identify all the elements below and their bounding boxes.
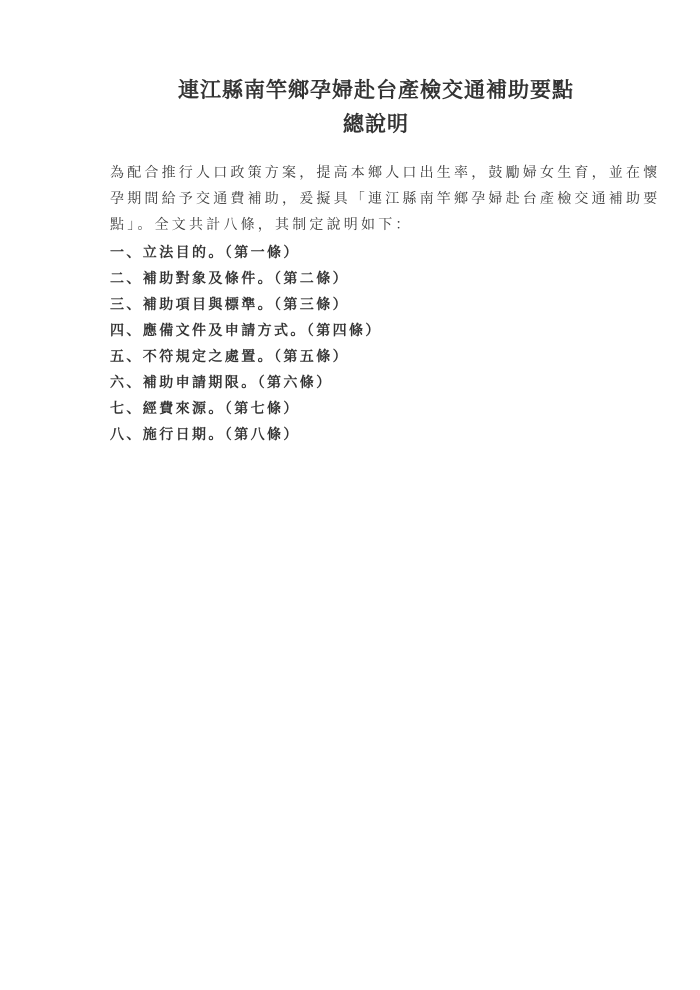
article-item-5: 五、不符規定之處置。（第五條） [110, 344, 382, 370]
article-item-6: 六、補助申請期限。（第六條） [110, 370, 382, 396]
article-item-2: 二、補助對象及條件。（第二條） [110, 266, 382, 292]
article-item-4: 四、應備文件及申請方式。（第四條） [110, 318, 382, 344]
document-page: 連江縣南竿鄉孕婦赴台產檢交通補助要點 總說明 為配合推行人口政策方案，提高本鄉人… [0, 0, 700, 990]
article-item-1: 一、立法目的。（第一條） [110, 240, 382, 266]
intro-paragraph: 為配合推行人口政策方案，提高本鄉人口出生率，鼓勵婦女生育，並在懷 孕期間給予交通… [110, 160, 640, 238]
article-item-3: 三、補助項目與標準。（第三條） [110, 292, 382, 318]
article-list: 一、立法目的。（第一條） 二、補助對象及條件。（第二條） 三、補助項目與標準。（… [110, 240, 382, 448]
document-subtitle: 總說明 [26, 108, 700, 138]
intro-line: 點」。全文共計八條，其制定說明如下： [110, 212, 640, 238]
intro-line: 為配合推行人口政策方案，提高本鄉人口出生率，鼓勵婦女生育，並在懷 [110, 160, 640, 186]
article-item-7: 七、經費來源。（第七條） [110, 396, 382, 422]
intro-line: 孕期間給予交通費補助，爰擬具「連江縣南竿鄉孕婦赴台產檢交通補助要 [110, 186, 640, 212]
document-title: 連江縣南竿鄉孕婦赴台產檢交通補助要點 [26, 74, 700, 104]
article-item-8: 八、施行日期。（第八條） [110, 422, 382, 448]
